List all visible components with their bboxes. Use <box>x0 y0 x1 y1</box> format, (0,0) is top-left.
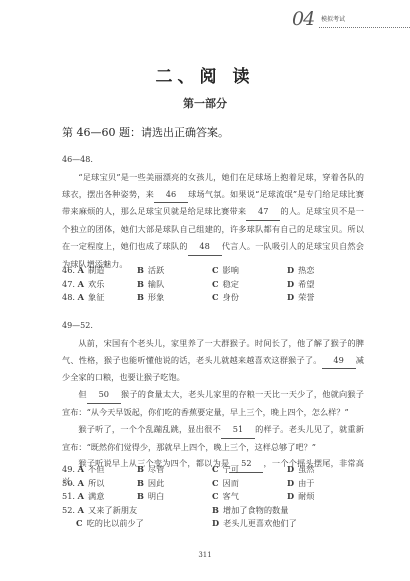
option-b[interactable]: 因此 <box>148 478 164 488</box>
question-number: 50. <box>62 478 75 488</box>
option-letter: C <box>212 279 219 289</box>
option-d[interactable]: 荣誉 <box>298 292 314 302</box>
question-row-49: 49. A不但 B尽管 C宁可 D虽然 <box>62 463 364 477</box>
question-row-50: 50. A所以 B因此 C因而 D由于 <box>62 477 364 491</box>
option-b[interactable]: 增加了食物的数量 <box>223 505 289 515</box>
option-letter: C <box>212 464 219 474</box>
option-b[interactable]: 输队 <box>148 279 164 289</box>
question-number: 49. <box>62 464 75 474</box>
question-number: 48. <box>62 292 75 302</box>
passage-1-text: “足球宝贝”是一些美丽漂亮的女孩儿，她们在足球场上抱着足球，穿着各队的球衣，摆出… <box>62 169 364 273</box>
option-letter: A <box>78 464 84 474</box>
passage-2-para-3: 猴子听了，一个个乱蹦乱跳，显出很不51的样子。老头儿见了，就重新宣布：“既然你们… <box>62 421 364 456</box>
chapter-label: 模拟考试 <box>321 16 345 24</box>
option-letter: C <box>212 491 219 501</box>
option-b[interactable]: 形象 <box>148 292 164 302</box>
option-letter: B <box>137 491 144 501</box>
options-46-48: 46. A制造 B活跃 C影响 D热恋 47. A欢乐 B输队 C稳定 D希望 … <box>62 264 364 305</box>
option-a[interactable]: 所以 <box>88 478 104 488</box>
question-number: 46. <box>62 265 75 275</box>
text-segment: 但 <box>78 389 86 399</box>
question-number: 47. <box>62 279 75 289</box>
option-a[interactable]: 又来了新朋友 <box>88 505 137 515</box>
text-segment: 从前，宋国有个老头儿，家里养了一大群猴子。时间长了，他了解了猴子的脾气、性格，猴… <box>62 338 364 365</box>
blank-46: 46 <box>154 186 188 204</box>
option-d[interactable]: 耐烦 <box>298 491 314 501</box>
question-range: 46—48. <box>62 152 364 169</box>
passage-2-para-2: 但50猴子的食量太大，老头儿家里的存粮一天比一天少了，他就向猴子宣布：“从今天早… <box>62 386 364 421</box>
option-d[interactable]: 老头儿更喜欢他们了 <box>223 518 297 528</box>
option-b[interactable]: 明白 <box>148 491 164 501</box>
option-a[interactable]: 制造 <box>88 265 104 275</box>
question-row-46: 46. A制造 B活跃 C影响 D热恋 <box>62 264 364 278</box>
text-segment: 猴子听了，一个个乱蹦乱跳，显出很不 <box>78 424 221 434</box>
option-letter: C <box>76 518 83 528</box>
blank-50: 50 <box>87 386 121 404</box>
option-letter: A <box>78 265 84 275</box>
part-title: 第一部分 <box>0 95 410 111</box>
passage-1: 46—48. “足球宝贝”是一些美丽漂亮的女孩儿，她们在足球场上抱着足球，穿着各… <box>62 152 364 273</box>
blank-48: 48 <box>188 238 222 256</box>
option-letter: D <box>287 464 294 474</box>
header-dotted-rule <box>319 27 410 28</box>
option-d[interactable]: 由于 <box>298 478 314 488</box>
option-c[interactable]: 宁可 <box>223 464 239 474</box>
option-c[interactable]: 客气 <box>223 491 239 501</box>
option-d[interactable]: 虽然 <box>298 464 314 474</box>
option-letter: A <box>78 505 84 515</box>
instruction: 第 46—60 题：请选出正确答案。 <box>62 124 229 140</box>
question-number: 51. <box>62 491 75 501</box>
option-letter: A <box>78 292 84 302</box>
option-c[interactable]: 吃的比以前少了 <box>87 518 144 528</box>
option-letter: A <box>78 491 84 501</box>
option-c[interactable]: 身份 <box>223 292 239 302</box>
option-letter: B <box>137 292 144 302</box>
option-letter: C <box>212 265 219 275</box>
option-b[interactable]: 尽管 <box>148 464 164 474</box>
question-row-47: 47. A欢乐 B输队 C稳定 D希望 <box>62 278 364 292</box>
option-letter: B <box>137 265 144 275</box>
option-c[interactable]: 稳定 <box>223 279 239 289</box>
option-letter: D <box>287 292 294 302</box>
option-letter: A <box>78 279 84 289</box>
option-letter: B <box>137 464 144 474</box>
option-letter: B <box>212 505 219 515</box>
option-d[interactable]: 希望 <box>298 279 314 289</box>
question-range: 49—52. <box>62 318 364 335</box>
question-row-52: 52. A又来了新朋友 B增加了食物的数量 <box>62 504 364 518</box>
option-letter: D <box>212 518 219 528</box>
option-a[interactable]: 象征 <box>88 292 104 302</box>
option-letter: D <box>287 478 294 488</box>
option-a[interactable]: 不但 <box>88 464 104 474</box>
question-row-51: 51. A满意 B明白 C客气 D耐烦 <box>62 490 364 504</box>
question-number: 52. <box>62 505 75 515</box>
option-b[interactable]: 活跃 <box>148 265 164 275</box>
question-row-48: 48. A象征 B形象 C身份 D荣誉 <box>62 291 364 305</box>
option-letter: A <box>78 478 84 488</box>
option-letter: D <box>287 279 294 289</box>
blank-51: 51 <box>221 421 255 439</box>
option-letter: B <box>137 279 144 289</box>
option-letter: D <box>287 491 294 501</box>
chapter-number: 04 <box>292 8 314 30</box>
option-letter: C <box>212 478 219 488</box>
option-letter: D <box>287 265 294 275</box>
option-d[interactable]: 热恋 <box>298 265 314 275</box>
page-number: 311 <box>0 551 410 559</box>
option-letter: C <box>212 292 219 302</box>
option-c[interactable]: 影响 <box>223 265 239 275</box>
option-c[interactable]: 因而 <box>223 478 239 488</box>
passage-2-para-1: 从前，宋国有个老头儿，家里养了一大群猴子。时间长了，他了解了猴子的脾气、性格，猴… <box>62 335 364 386</box>
section-title: 二、阅 读 <box>0 62 410 87</box>
blank-49: 49 <box>322 352 356 370</box>
option-a[interactable]: 满意 <box>88 491 104 501</box>
options-49-52: 49. A不但 B尽管 C宁可 D虽然 50. A所以 B因此 C因而 D由于 … <box>62 463 364 531</box>
option-a[interactable]: 欢乐 <box>88 279 104 289</box>
chapter-header: 04 模拟考试 <box>292 8 410 30</box>
blank-47: 47 <box>246 203 280 221</box>
question-row-52-cont: C吃的比以前少了 D老头儿更喜欢他们了 <box>62 517 364 531</box>
option-letter: B <box>137 478 144 488</box>
